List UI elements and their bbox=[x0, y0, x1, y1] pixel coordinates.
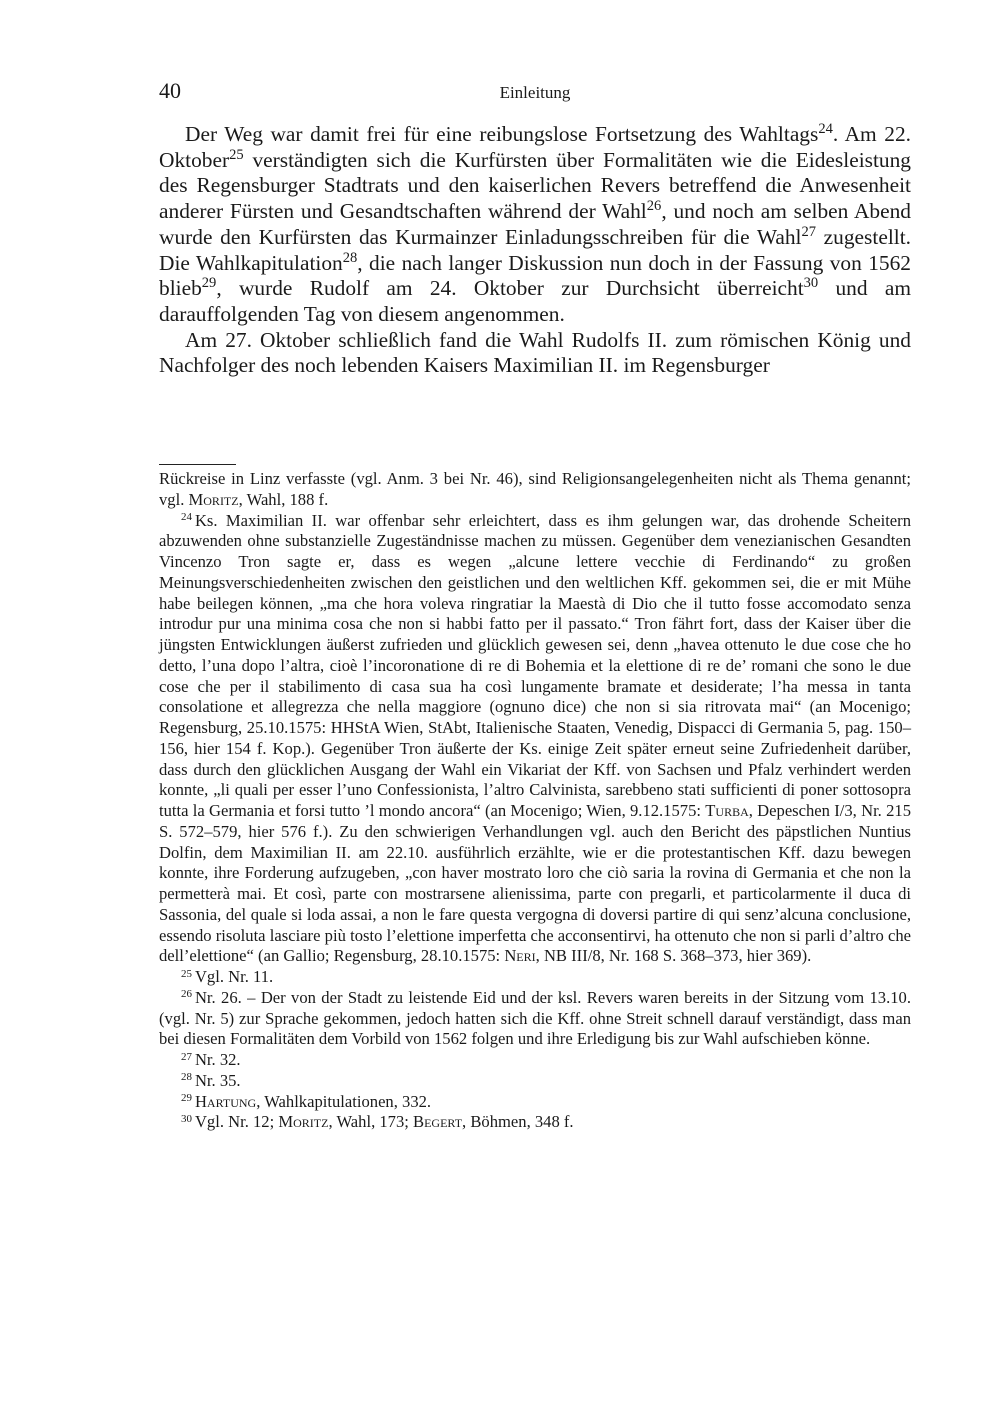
text-run: Vgl. Nr. 12; bbox=[195, 1112, 278, 1131]
footnote-24: 24Ks. Maximilian II. war offenbar sehr e… bbox=[159, 511, 911, 968]
author-name: Moritz bbox=[278, 1112, 328, 1131]
author-name: Neri bbox=[504, 946, 535, 965]
running-title: Einleitung bbox=[159, 82, 911, 104]
footnote-25: 25Vgl. Nr. 11. bbox=[159, 967, 911, 988]
text-run: , Wahl, 188 f. bbox=[239, 490, 329, 509]
footnote-29: 29Hartung, Wahlkapitulationen, 332. bbox=[159, 1092, 911, 1113]
footnote-reference[interactable]: 27 bbox=[801, 224, 816, 240]
text-run: , wurde Rudolf am 24. Oktober zur Durchs… bbox=[216, 276, 803, 300]
footnote-separator bbox=[159, 464, 236, 465]
footnote-reference[interactable]: 30 bbox=[804, 275, 819, 291]
body-text: Der Weg war damit frei für eine reibungs… bbox=[159, 122, 911, 379]
text-run: Nr. 32. bbox=[195, 1050, 241, 1069]
text-run: , Wahl, 173; bbox=[328, 1112, 413, 1131]
page: 40 Einleitung Der Weg war damit frei für… bbox=[159, 78, 911, 379]
footnote-27: 27Nr. 32. bbox=[159, 1050, 911, 1071]
footnote-number: 29 bbox=[181, 1092, 192, 1104]
body-paragraph: Am 27. Oktober schließlich fand die Wahl… bbox=[159, 328, 911, 379]
author-name: Turba bbox=[705, 801, 748, 820]
text-run: , Wahlkapitulationen, 332. bbox=[256, 1092, 431, 1111]
footnote-reference[interactable]: 24 bbox=[818, 121, 833, 137]
footnote-number: 26 bbox=[181, 988, 192, 1000]
running-head: 40 Einleitung bbox=[159, 78, 911, 108]
footnote-reference[interactable]: 28 bbox=[343, 250, 358, 266]
text-run: , NB III/8, Nr. 168 S. 368–373, hier 369… bbox=[536, 946, 812, 965]
footnote-28: 28Nr. 35. bbox=[159, 1071, 911, 1092]
footnote-30: 30Vgl. Nr. 12; Moritz, Wahl, 173; Begert… bbox=[159, 1112, 911, 1133]
text-run: , Depeschen I/3, Nr. 215 S. 572–579, hie… bbox=[159, 801, 911, 965]
text-run: , Böhmen, 348 f. bbox=[462, 1112, 574, 1131]
footnote-reference[interactable]: 25 bbox=[229, 147, 244, 163]
text-run: Nr. 35. bbox=[195, 1071, 241, 1090]
footnote-number: 30 bbox=[181, 1113, 192, 1125]
author-name: Hartung bbox=[195, 1092, 256, 1111]
footnote-number: 28 bbox=[181, 1071, 192, 1083]
footnote-number: 24 bbox=[181, 511, 192, 523]
footnote-number: 25 bbox=[181, 968, 192, 980]
text-run: Nr. 26. – Der von der Stadt zu leistende… bbox=[159, 988, 911, 1049]
author-name: Moritz bbox=[189, 490, 239, 509]
text-run: Vgl. Nr. 11. bbox=[195, 967, 273, 986]
footnote-reference[interactable]: 26 bbox=[647, 198, 662, 214]
author-name: Begert bbox=[413, 1112, 462, 1131]
footnote-continuation: Rückreise in Linz verfasste (vgl. Anm. 3… bbox=[159, 469, 911, 511]
text-run: Der Weg war damit frei für eine reibungs… bbox=[185, 122, 818, 146]
footnote-26: 26Nr. 26. – Der von der Stadt zu leisten… bbox=[159, 988, 911, 1050]
text-run: Am 27. Oktober schließlich fand die Wahl… bbox=[159, 328, 911, 378]
footnote-number: 27 bbox=[181, 1051, 192, 1063]
body-paragraph: Der Weg war damit frei für eine reibungs… bbox=[159, 122, 911, 328]
footnote-reference[interactable]: 29 bbox=[202, 275, 217, 291]
footnotes: Rückreise in Linz verfasste (vgl. Anm. 3… bbox=[159, 469, 911, 1133]
text-run: Ks. Maximilian II. war offenbar sehr erl… bbox=[159, 511, 911, 821]
